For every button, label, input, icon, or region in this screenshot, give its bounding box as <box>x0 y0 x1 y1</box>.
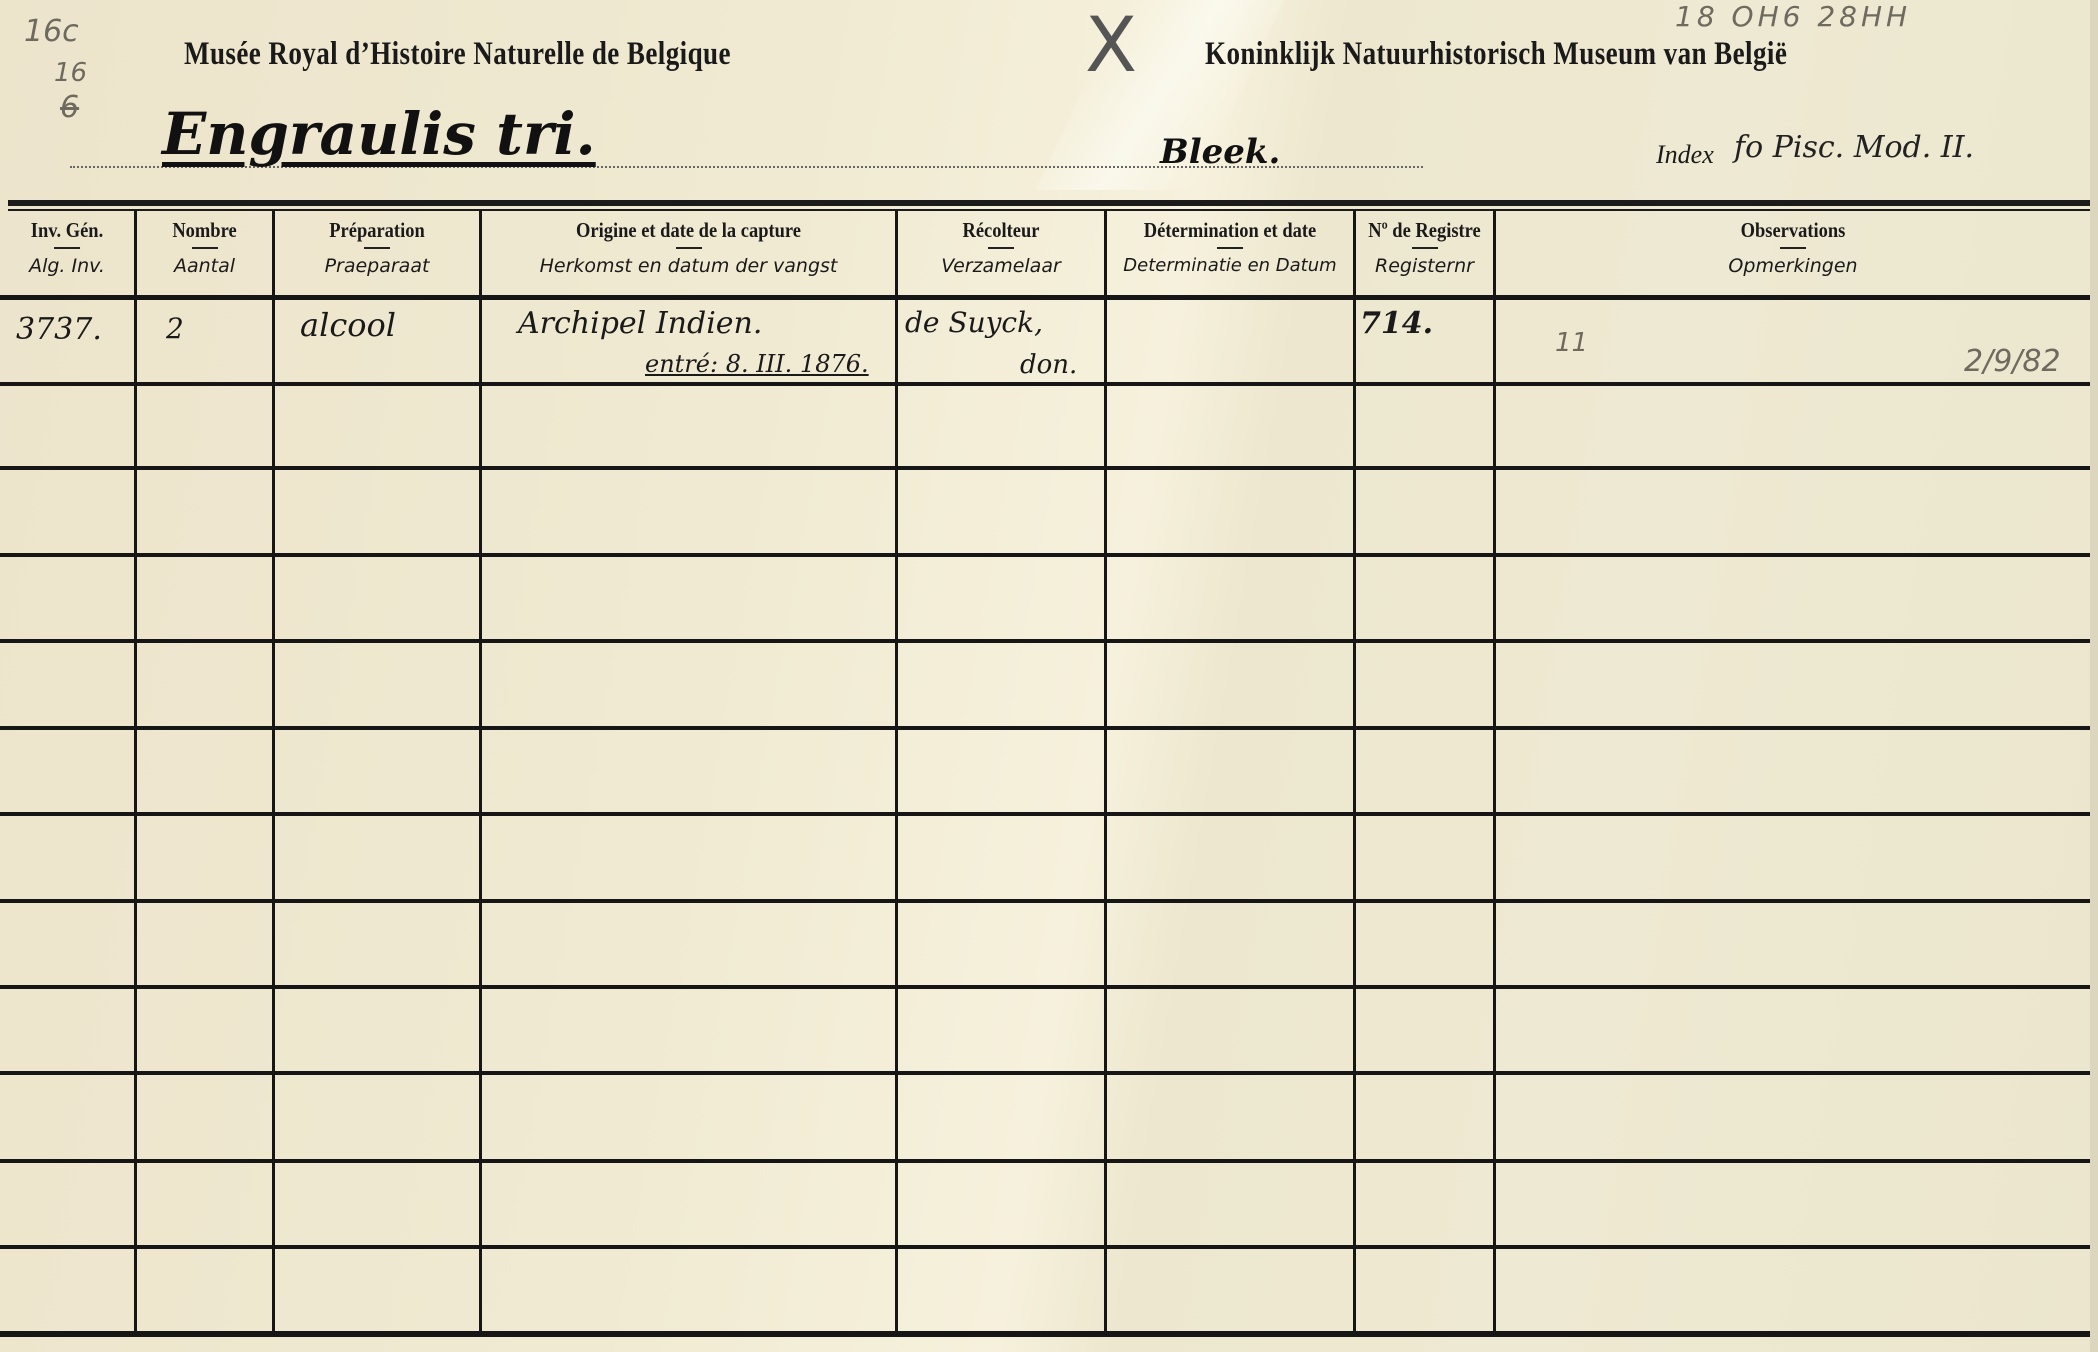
row-line <box>0 1245 2090 1249</box>
species-name: Engraulis tri. <box>162 100 596 168</box>
pencil-annotation-top-right: 18 OH6 28HH <box>1675 0 1911 33</box>
row-line <box>0 639 2090 643</box>
column-divider <box>134 211 137 1333</box>
header-inv: Inv. Gén.Alg. Inv. <box>0 212 134 296</box>
header-recolteur: RécolteurVerzamelaar <box>898 212 1104 296</box>
pencil-annotation-6: 6 <box>60 90 79 125</box>
row-line <box>0 812 2090 816</box>
row-line <box>0 985 2090 989</box>
header-determination: Détermination et dateDeterminatie en Dat… <box>1107 212 1353 296</box>
header-top-thick-rule <box>8 200 2090 206</box>
cell-observations-mark: 11 <box>1555 328 1588 358</box>
row-line <box>0 553 2090 557</box>
header-registre: Nº de RegistreRegisternr <box>1356 212 1493 296</box>
row-line <box>0 1159 2090 1163</box>
column-divider <box>1353 211 1356 1333</box>
column-divider <box>895 211 898 1333</box>
cell-recolteur-line2: don. <box>1020 350 1077 380</box>
column-divider <box>272 211 275 1333</box>
column-divider <box>479 211 482 1333</box>
column-divider <box>1104 211 1107 1333</box>
column-divider <box>1493 211 1496 1333</box>
cell-recolteur-line1: de Suyck, <box>905 306 1043 339</box>
cell-registre: 714. <box>1360 306 1433 341</box>
header-origine: Origine et date de la captureHerkomst en… <box>482 212 895 296</box>
cell-nombre: 2 <box>166 312 184 345</box>
header-top-thin-rule <box>8 209 2090 211</box>
row-line <box>0 726 2090 730</box>
species-author: Bleek. <box>1160 132 1280 172</box>
institution-title-nl: Koninklijk Natuurhistorisch Museum van B… <box>1205 36 1787 73</box>
row-line <box>0 466 2090 470</box>
pencil-annotation-16c: 16c <box>24 14 79 49</box>
table-bottom-rule <box>0 1331 2090 1337</box>
pencil-cross-mark: X <box>1085 0 1137 89</box>
index-label: Index <box>1656 140 1714 170</box>
row-line <box>0 899 2090 903</box>
cell-preparation: alcool <box>300 306 396 344</box>
pencil-annotation-16: 16 <box>54 58 87 88</box>
institution-title-fr: Musée Royal d’Histoire Naturelle de Belg… <box>184 36 731 73</box>
cell-observations-date: 2/9/82 <box>1964 344 2061 379</box>
row-line <box>0 1071 2090 1075</box>
row-line <box>0 382 2090 386</box>
cell-origine-line2: entré: 8. III. 1876. <box>645 350 869 378</box>
header-preparation: PréparationPraeparaat <box>275 212 479 296</box>
cell-inv: 3737. <box>16 312 102 347</box>
index-value: fo Pisc. Mod. II. <box>1734 130 1974 165</box>
header-nombre: NombreAantal <box>137 212 272 296</box>
header-observations: ObservationsOpmerkingen <box>1496 212 2090 296</box>
catalog-card: 16c 16 6 Musée Royal d’Histoire Naturell… <box>0 0 2090 1352</box>
cell-origine-line1: Archipel Indien. <box>518 306 762 341</box>
